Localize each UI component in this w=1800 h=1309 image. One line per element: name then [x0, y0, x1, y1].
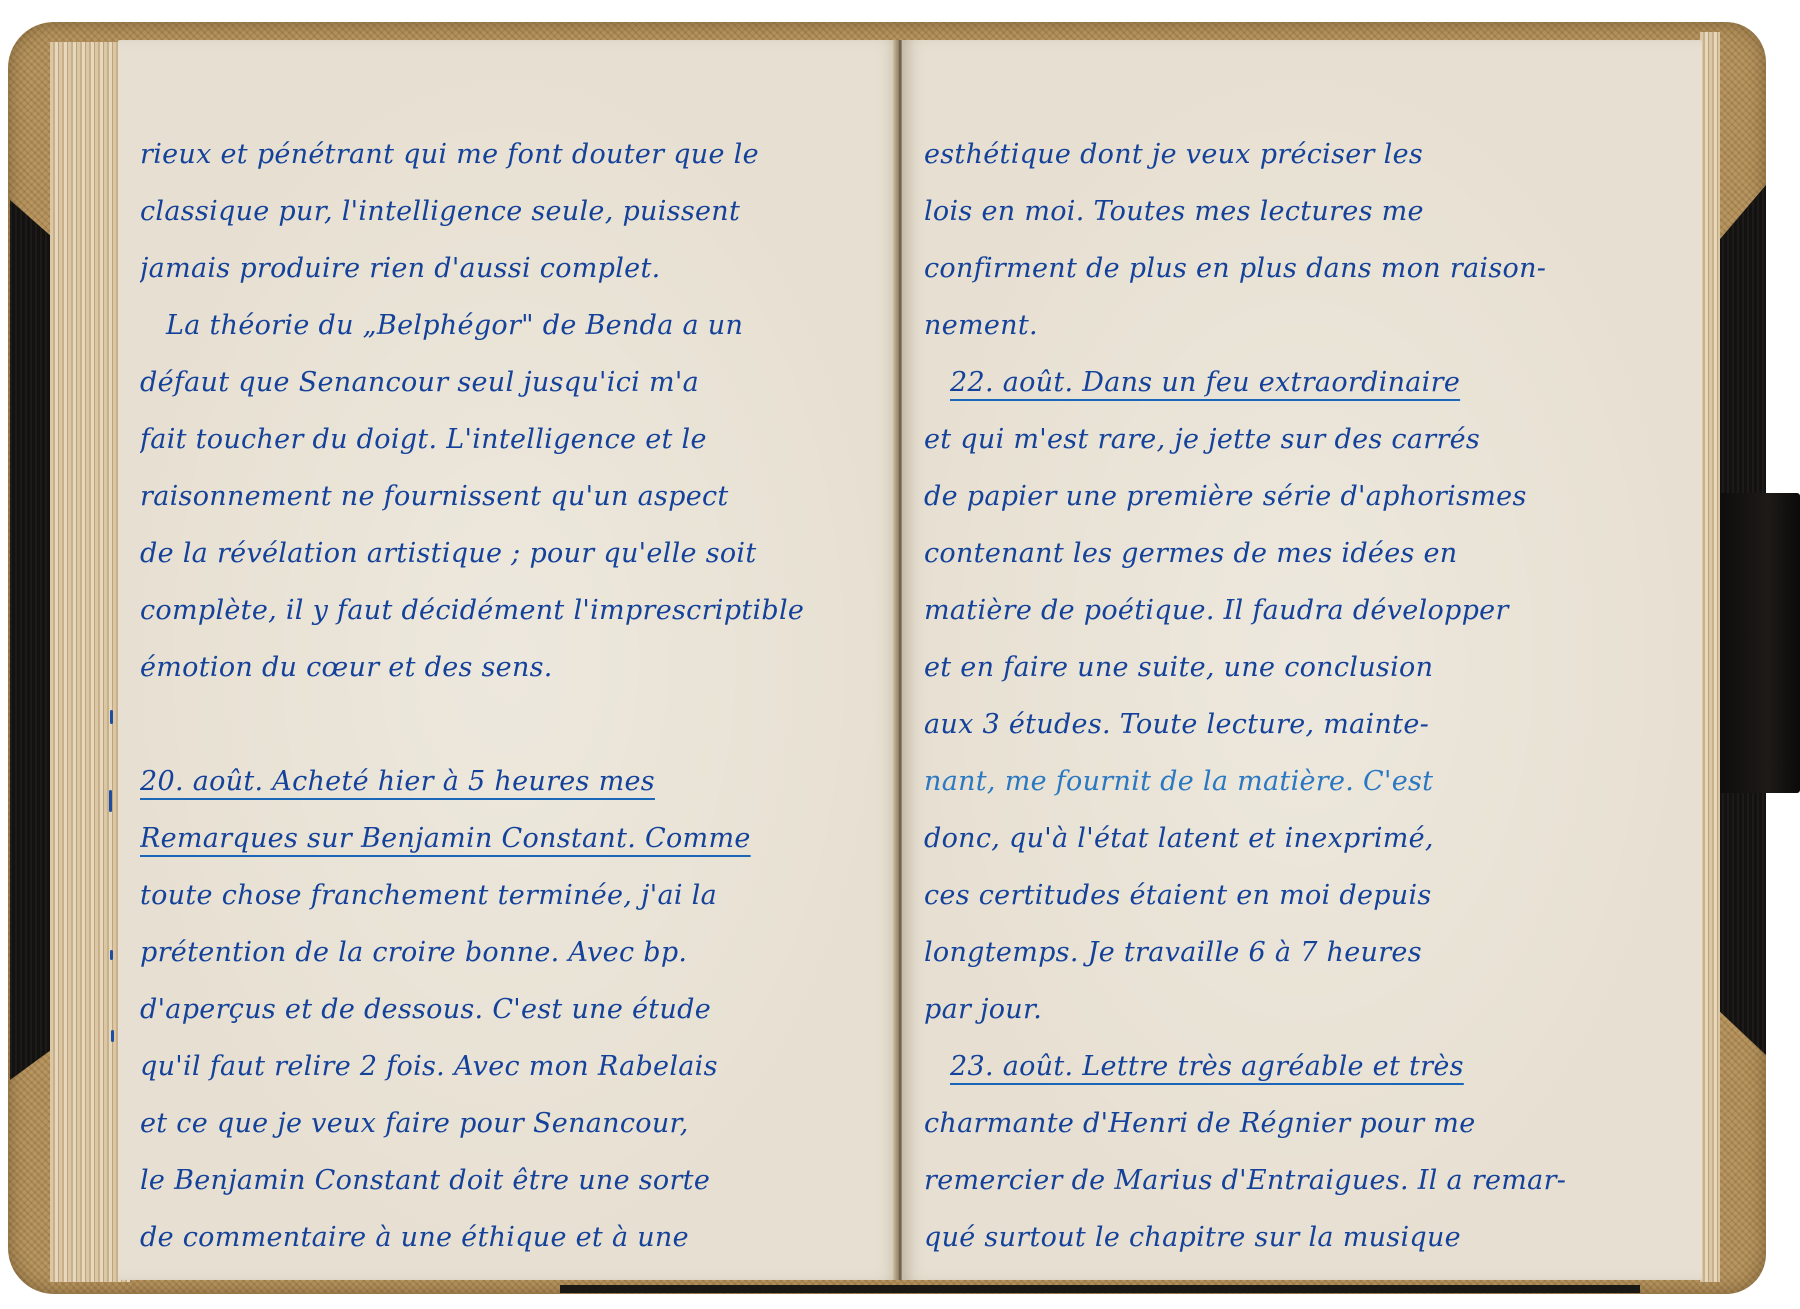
cover-bottom-edge [560, 1285, 1640, 1293]
handwritten-line: de commentaire à une éthique et à une [140, 1209, 884, 1266]
handwritten-line: émotion du cœur et des sens. [140, 639, 884, 696]
handwritten-line: aux 3 études. Toute lecture, mainte- [924, 696, 1686, 753]
handwritten-line: ces certitudes étaient en moi depuis [924, 867, 1686, 924]
handwritten-line: longtemps. Je travaille 6 à 7 heures [924, 924, 1686, 981]
handwritten-line: esthétique dont je veux préciser les [924, 126, 1686, 183]
handwritten-line: qué surtout le chapitre sur la musique [924, 1209, 1686, 1266]
handwritten-line: jamais produire rien d'aussi complet. [140, 240, 884, 297]
ink-mark [111, 1030, 114, 1042]
handwritten-line: qu'il faut relire 2 fois. Avec mon Rabel… [140, 1038, 884, 1095]
handwritten-line: de la révélation artistique ; pour qu'el… [140, 525, 884, 582]
handwritten-line: remercier de Marius d'Entraigues. Il a r… [924, 1152, 1686, 1209]
handwritten-line: par jour. [924, 981, 1686, 1038]
date-heading-line: 22. août. Dans un feu extraordinaire [924, 354, 1686, 411]
ink-mark [110, 950, 113, 960]
handwritten-line: confirment de plus en plus dans mon rais… [924, 240, 1686, 297]
handwritten-line: d'aperçus et de dessous. C'est une étude [140, 981, 884, 1038]
left-page: rieux et pénétrant qui me font douter qu… [118, 40, 900, 1280]
date-heading-line: 23. août. Lettre très agréable et très [924, 1038, 1686, 1095]
handwritten-line: nant, me fournit de la matière. C'est [924, 753, 1686, 810]
handwritten-line: prétention de la croire bonne. Avec bp. [140, 924, 884, 981]
handwritten-line: contenant les germes de mes idées en [924, 525, 1686, 582]
handwritten-line: complète, il y faut décidément l'impresc… [140, 582, 884, 639]
handwritten-line: raisonnement ne fournissent qu'un aspect [140, 468, 884, 525]
handwritten-line: et qui m'est rare, je jette sur des carr… [924, 411, 1686, 468]
handwritten-line: lois en moi. Toutes mes lectures me [924, 183, 1686, 240]
handwritten-line: Remarques sur Benjamin Constant. Comme [140, 810, 884, 867]
handwritten-line: et ce que je veux faire pour Senancour, [140, 1095, 884, 1152]
handwritten-line: nement. [924, 297, 1686, 354]
handwritten-line: donc, qu'à l'état latent et inexprimé, [924, 810, 1686, 867]
handwritten-line: le Benjamin Constant doit être une sorte [140, 1152, 884, 1209]
right-page: esthétique dont je veux préciser les loi… [902, 40, 1702, 1280]
date-heading-line: 20. août. Acheté hier à 5 heures mes [140, 753, 884, 810]
black-page-tab [1720, 493, 1800, 793]
ink-mark [109, 790, 112, 812]
right-page-text: esthétique dont je veux préciser les loi… [924, 126, 1686, 1266]
handwritten-line: défaut que Senancour seul jusqu'ici m'a [140, 354, 884, 411]
page-stack-right [1700, 32, 1720, 1282]
handwritten-line: de papier une première série d'aphorisme… [924, 468, 1686, 525]
blank-line [140, 696, 884, 753]
handwritten-line: fait toucher du doigt. L'intelligence et… [140, 411, 884, 468]
handwritten-line: classique pur, l'intelligence seule, pui… [140, 183, 884, 240]
handwritten-line: et en faire une suite, une conclusion [924, 639, 1686, 696]
handwritten-line: charmante d'Henri de Régnier pour me [924, 1095, 1686, 1152]
handwritten-line: toute chose franchement terminée, j'ai l… [140, 867, 884, 924]
handwritten-line: La théorie du „Belphégor" de Benda a un [140, 297, 884, 354]
ink-mark [110, 710, 113, 724]
handwritten-line: rieux et pénétrant qui me font douter qu… [140, 126, 884, 183]
left-page-text: rieux et pénétrant qui me font douter qu… [140, 126, 884, 1266]
handwritten-line: matière de poétique. Il faudra développe… [924, 582, 1686, 639]
